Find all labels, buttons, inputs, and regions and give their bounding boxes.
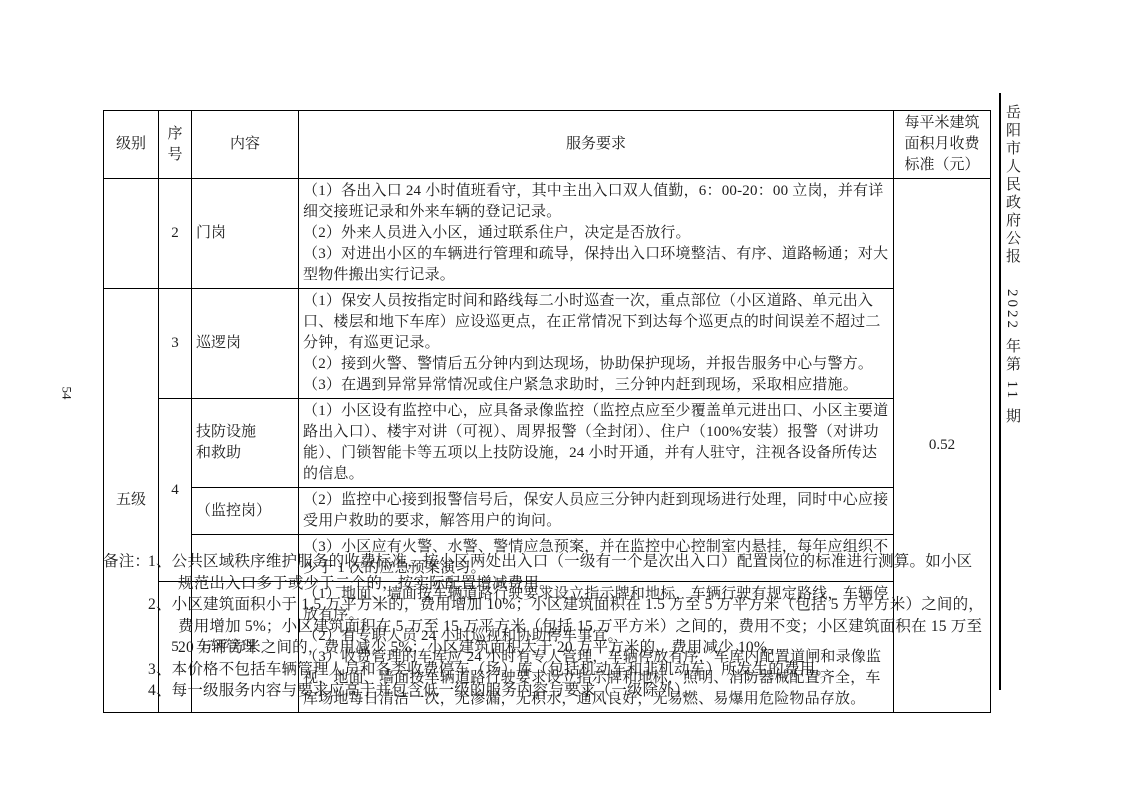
- header-level: 级别: [104, 111, 159, 179]
- note-item-3: 3、本价格不包括车辆管理人员和各类收费停车（场）库（包括机动车和非机动车）所发生…: [148, 659, 987, 681]
- gazette-title: 岳阳市人民政府公报: [1004, 104, 1020, 266]
- content-cell: （监控岗）: [192, 488, 299, 535]
- header-content: 内容: [192, 111, 299, 179]
- content-cell: 门岗: [192, 179, 299, 289]
- notes-list: 1、公共区域秩序维护服务的收费标准，按小区两处出入口（一级有一个是次出入口）配置…: [148, 551, 987, 702]
- content-cell: 技防设施 和救助: [192, 399, 299, 488]
- requirements-cell: （1）各出入口 24 小时值班看守，其中主出入口双人值勤，6：00-20：00 …: [299, 179, 894, 289]
- level-cell-empty: [104, 179, 159, 289]
- table-row: 4 技防设施 和救助 （1）小区设有监控中心，应具备录像监控（监控点应至少覆盖单…: [104, 399, 991, 488]
- table-row: 五级 3 巡逻岗 （1）保安人员按指定时间和路线每二小时巡查一次，重点部位（小区…: [104, 289, 991, 399]
- header-fee: 每平米建筑 面积月收费 标准（元）: [894, 111, 991, 179]
- note-item-2: 2、小区建筑面积小于 1.5 万平方米的，费用增加 10%；小区建筑面积在 1.…: [148, 594, 987, 659]
- page-number: 54: [59, 387, 75, 400]
- table-row: 2 门岗 （1）各出入口 24 小时值班看守，其中主出入口双人值勤，6：00-2…: [104, 179, 991, 289]
- gazette-divider-rule: [999, 93, 1001, 690]
- header-seq: 序 号: [159, 111, 192, 179]
- note-item-1: 1、公共区域秩序维护服务的收费标准，按小区两处出入口（一级有一个是次出入口）配置…: [148, 551, 987, 594]
- seq-cell: 3: [159, 289, 192, 399]
- content-cell: 巡逻岗: [192, 289, 299, 399]
- header-requirements: 服务要求: [299, 111, 894, 179]
- table-header-row: 级别 序 号 内容 服务要求 每平米建筑 面积月收费 标准（元）: [104, 111, 991, 179]
- gazette-sidebar: 岳阳市人民政府公报 2022 年第 11 期: [1002, 104, 1023, 704]
- requirements-cell: （1）保安人员按指定时间和路线每二小时巡查一次，重点部位（小区道路、单元出入口、…: [299, 289, 894, 399]
- notes-label: 备注：: [103, 551, 150, 573]
- notes-section: 备注： 1、公共区域秩序维护服务的收费标准，按小区两处出入口（一级有一个是次出入…: [103, 551, 987, 702]
- table-row: （监控岗） （2）监控中心接到报警信号后，保安人员应三分钟内赶到现场进行处理，同…: [104, 488, 991, 535]
- requirements-cell: （2）监控中心接到报警信号后，保安人员应三分钟内赶到现场进行处理，同时中心应接受…: [299, 488, 894, 535]
- gazette-issue: 2022 年第 11 期: [1004, 289, 1020, 426]
- seq-cell: 2: [159, 179, 192, 289]
- note-item-4: 4、每一级服务内容与要求应高于并包含低一级的服务内容与要求（一级除外）。: [148, 680, 987, 702]
- requirements-cell: （1）小区设有监控中心，应具备录像监控（监控点应至少覆盖单元进出口、小区主要道路…: [299, 399, 894, 488]
